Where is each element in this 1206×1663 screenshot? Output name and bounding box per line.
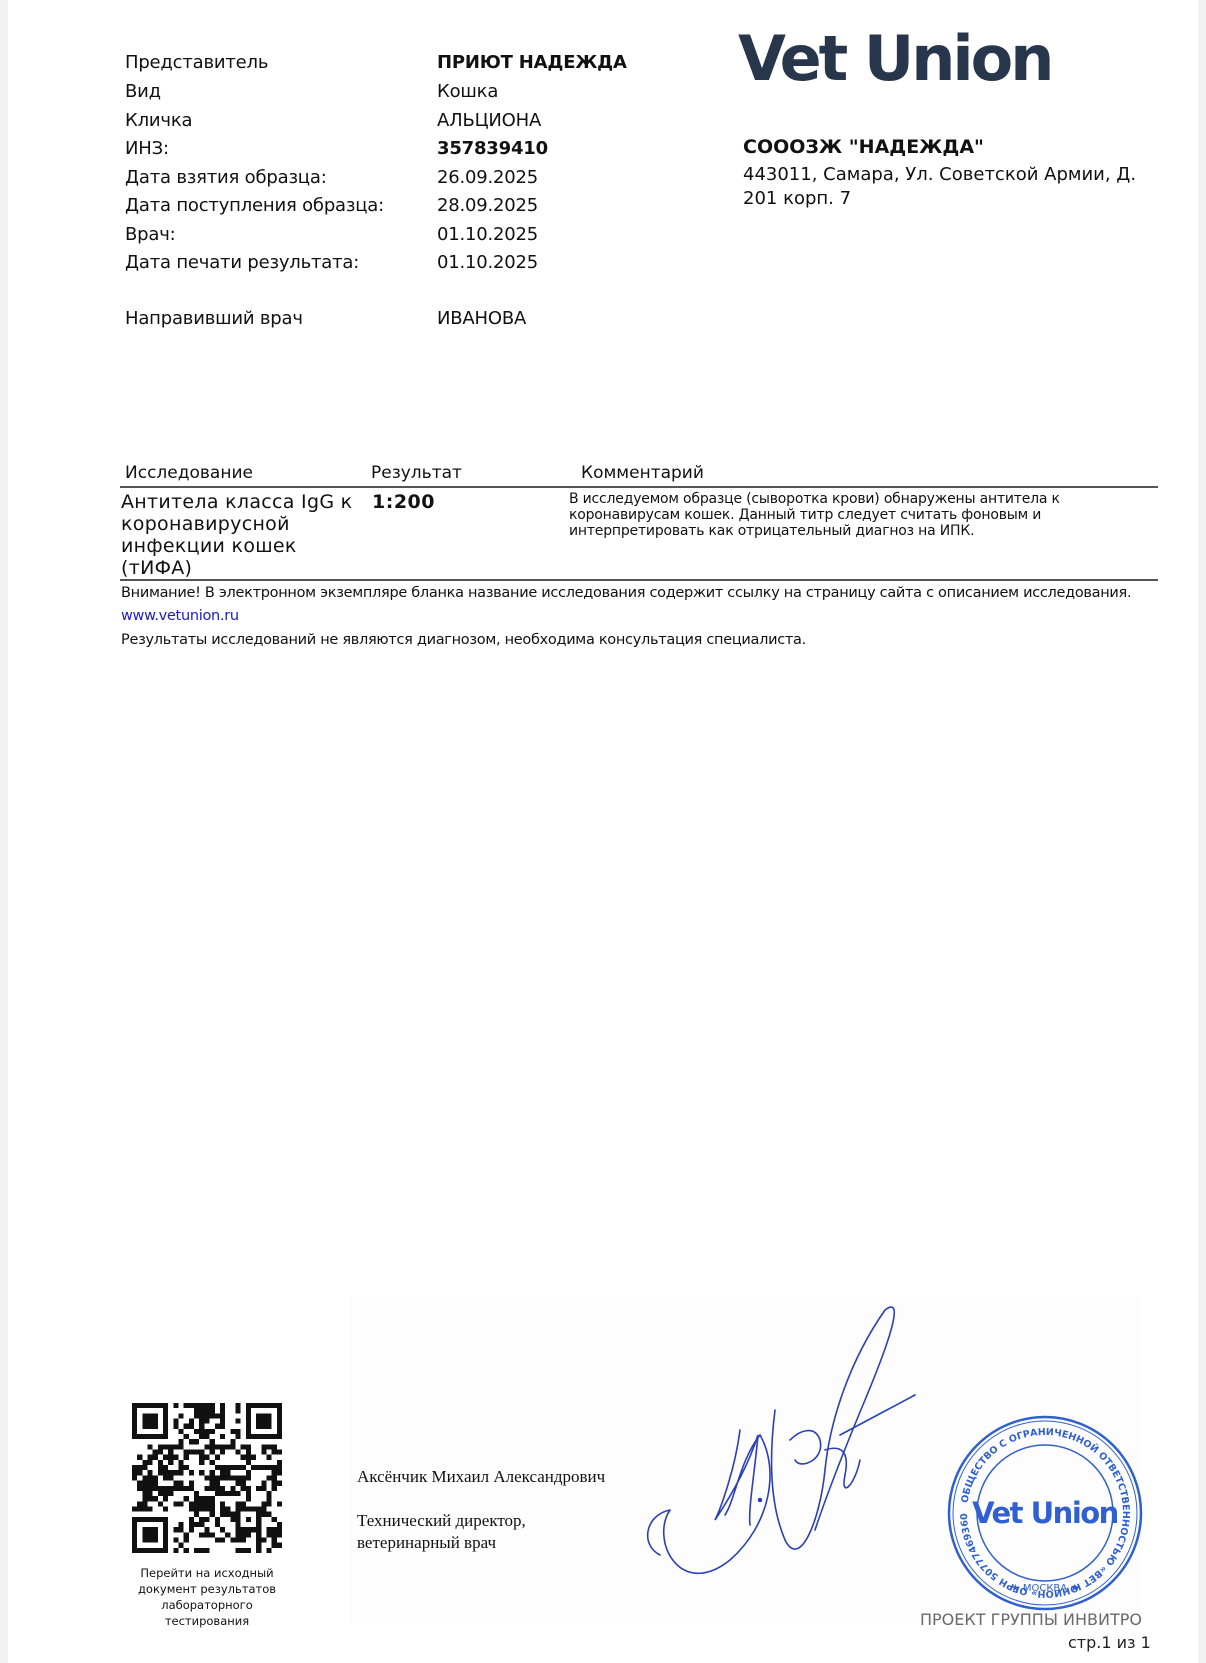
print-date-value: 01.10.2025 xyxy=(437,252,538,273)
table-header-divider xyxy=(120,486,1158,488)
disclaimer-note: Результаты исследований не являются диаг… xyxy=(121,632,806,648)
field-label: ИНЗ: xyxy=(125,138,169,159)
column-header-comment: Комментарий xyxy=(581,463,704,483)
handwritten-signature-icon xyxy=(640,1300,940,1600)
receipt-date-value: 28.09.2025 xyxy=(437,195,538,216)
signer-title-line: ветеринарный врач xyxy=(357,1533,496,1553)
order-number-value: 357839410 xyxy=(437,138,548,159)
client-address: 443011, Самара, Ул. Советской Армии, Д. … xyxy=(743,163,1143,211)
attention-note: Внимание! В электронном экземпляре бланк… xyxy=(121,585,1131,601)
qr-code-icon[interactable] xyxy=(132,1403,282,1553)
doctor-date-value: 01.10.2025 xyxy=(437,224,538,245)
sample-date-value: 26.09.2025 xyxy=(437,167,538,188)
qr-caption-line: Перейти на исходный xyxy=(118,1565,296,1581)
field-label: Дата печати результата: xyxy=(125,252,359,273)
client-name: СОООЗЖ "НАДЕЖДА" xyxy=(743,136,984,158)
qr-caption-line: лабораторного тестирования xyxy=(118,1597,296,1629)
website-link[interactable]: www.vetunion.ru xyxy=(121,608,239,624)
field-label: Вид xyxy=(125,81,161,102)
qr-caption: Перейти на исходный документ результатов… xyxy=(118,1565,296,1629)
field-label: Направивший врач xyxy=(125,308,303,329)
page-edge-left xyxy=(0,0,8,1663)
species-value: Кошка xyxy=(437,81,498,102)
study-name-link[interactable]: Антитела класса IgG к коронавирусной инф… xyxy=(121,491,361,579)
result-value: 1:200 xyxy=(372,491,435,513)
qr-caption-line: документ результатов xyxy=(118,1581,296,1597)
svg-text:Vet Union: Vet Union xyxy=(972,1496,1118,1530)
field-label: Врач: xyxy=(125,224,176,245)
signer-name: Аксёнчик Михаил Александрович xyxy=(357,1467,605,1487)
svg-text:★ МОСКВА ★: ★ МОСКВА ★ xyxy=(1011,1583,1080,1594)
result-comment: В исследуемом образце (сыворотка крови) … xyxy=(569,491,1089,539)
pet-name-value: АЛЬЦИОНА xyxy=(437,110,541,131)
column-header-study: Исследование xyxy=(125,463,253,483)
company-stamp-icon: ОБЩЕСТВО С ОГРАНИЧЕННОЙ ОТВЕТСТВЕННОСТЬЮ… xyxy=(945,1413,1145,1613)
page-edge-right xyxy=(1198,0,1206,1663)
field-label: Дата взятия образца: xyxy=(125,167,327,188)
field-label: Кличка xyxy=(125,110,192,131)
table-bottom-divider xyxy=(120,579,1158,581)
representative-value: ПРИЮТ НАДЕЖДА xyxy=(437,52,627,73)
referring-doctor-value: ИВАНОВА xyxy=(437,308,526,329)
field-label: Представитель xyxy=(125,52,268,73)
signer-title-line: Технический директор, xyxy=(357,1511,526,1531)
field-label: Дата поступления образца: xyxy=(125,195,384,216)
page-number: стр.1 из 1 xyxy=(1068,1633,1151,1652)
column-header-result: Результат xyxy=(371,463,462,483)
vet-union-logo: Vet Union xyxy=(738,28,1051,90)
group-project-label: ПРОЕКТ ГРУППЫ ИНВИТРО xyxy=(920,1610,1142,1629)
